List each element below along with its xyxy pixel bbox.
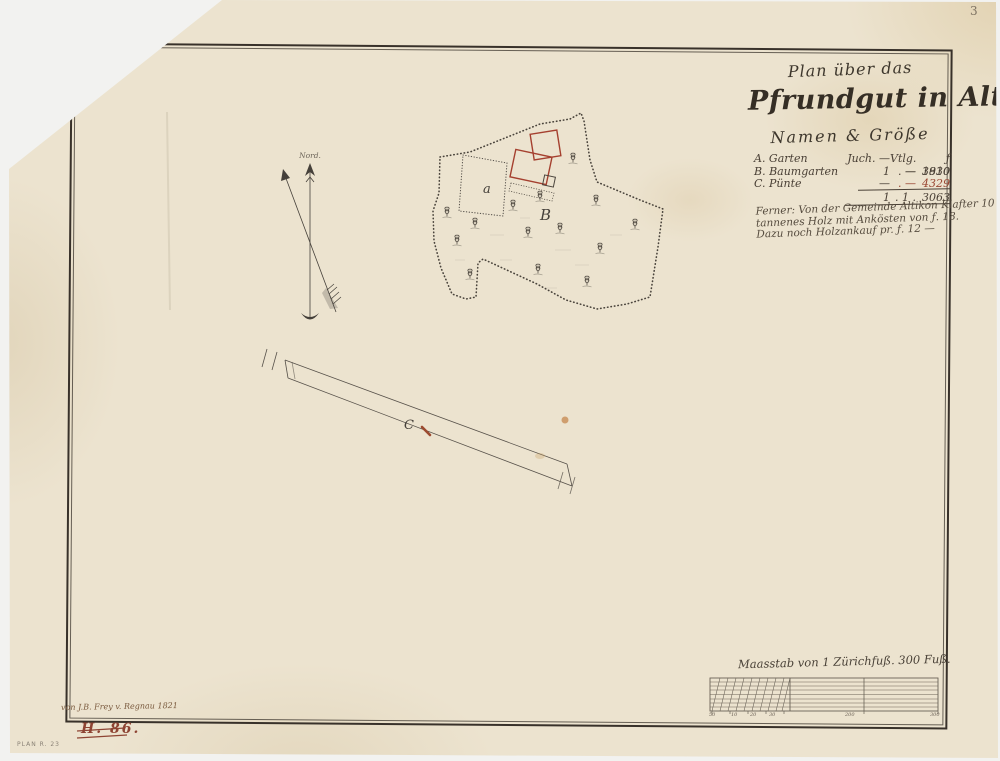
paper-stain: [535, 453, 545, 459]
paper-sheet: Plan über das Pfrundgut in Altikon Namen…: [0, 0, 1000, 761]
continuation-tick: [262, 349, 267, 367]
scale-bar: [710, 678, 938, 714]
red-survey-mark: [422, 427, 430, 435]
building-annex: [543, 175, 556, 187]
magnetic-arrowhead-icon: [281, 169, 290, 181]
building-main: [510, 149, 552, 184]
scanned-plan-page: Plan über das Pfrundgut in Altikon Namen…: [0, 0, 1000, 761]
archive-label: PLAN R. 23: [17, 741, 60, 748]
paper-crease: [167, 112, 170, 310]
fletching-icon: [322, 284, 341, 309]
strikethrough-lines: [77, 728, 127, 738]
map-drawing: a B C: [0, 0, 1000, 761]
continuation-tick: [272, 352, 277, 370]
parcel-c-letter: C: [404, 418, 414, 433]
parcel-c-strip: [262, 349, 575, 494]
parcel-b-letter: B: [539, 206, 551, 224]
north-indicator: [281, 163, 341, 320]
ink-stain: [562, 417, 569, 424]
parcel-a-letter: a: [483, 182, 491, 197]
